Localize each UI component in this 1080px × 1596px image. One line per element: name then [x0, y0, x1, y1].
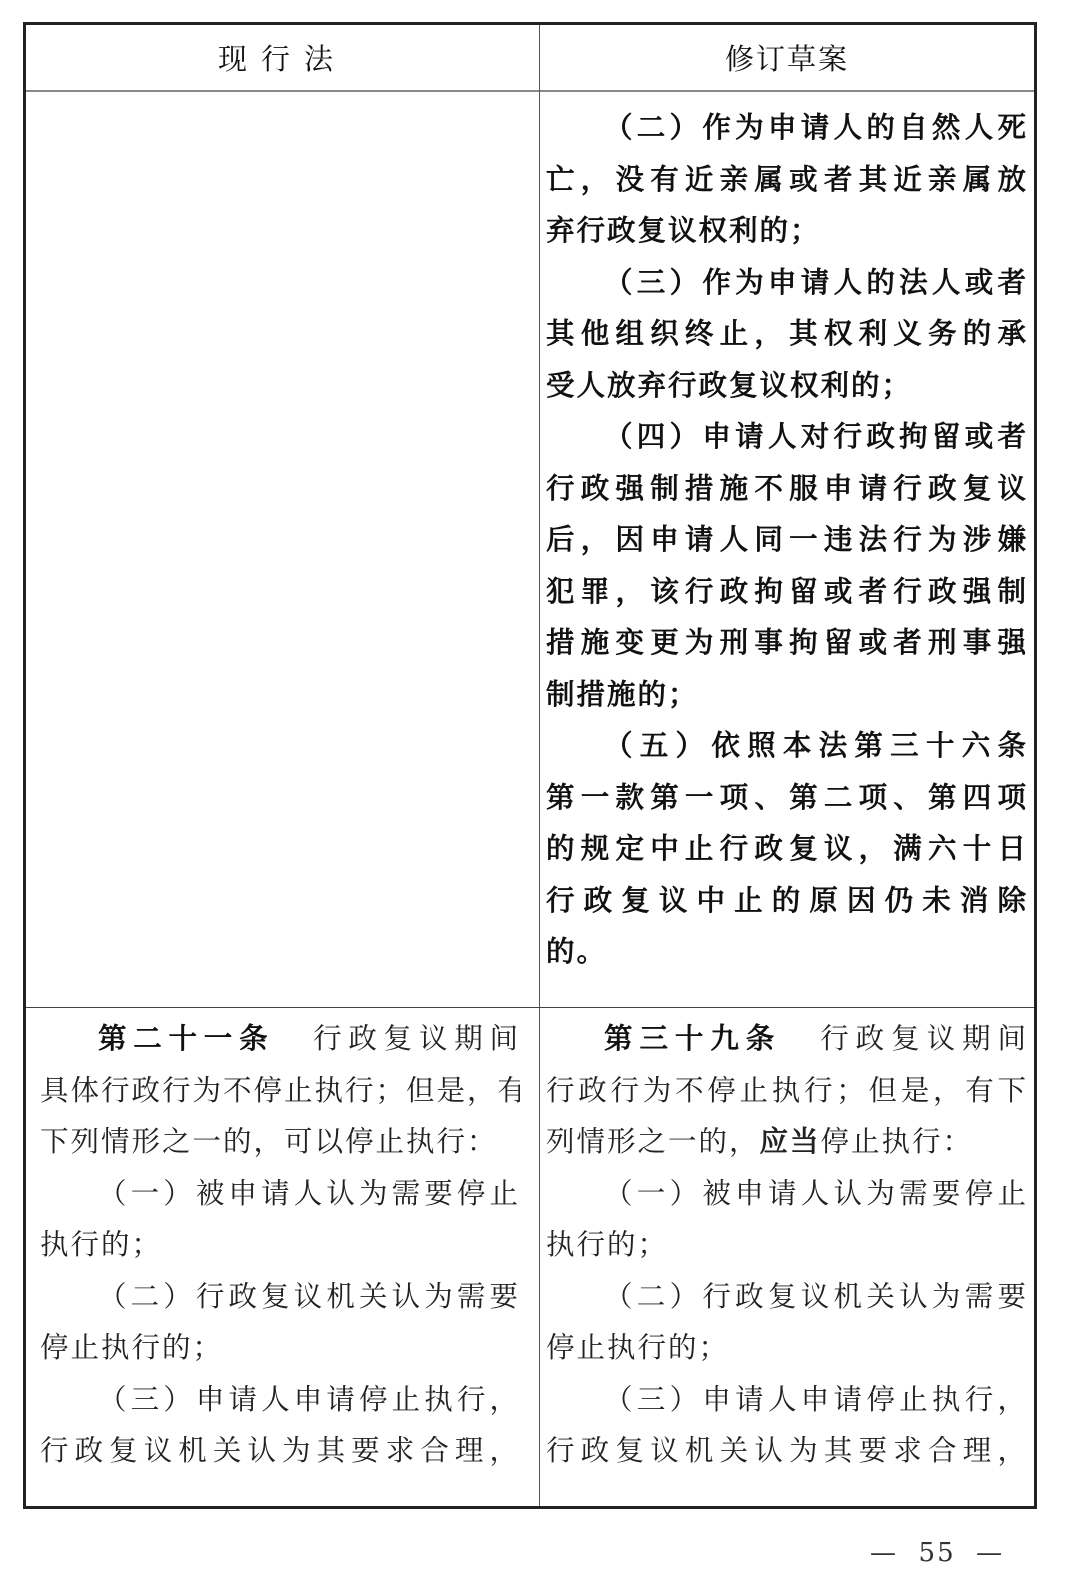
text-line: 停止执行的；	[40, 1322, 520, 1374]
text-line: （五）依照本法第三十六条	[546, 720, 1028, 772]
article-body: 具体行政行为不停止执行；但是，有下列情形之一的，可以停止执行：（一）被申请人认为…	[40, 1065, 520, 1477]
text-line: 具体行政行为不停止执行；但是，有	[40, 1065, 520, 1117]
text-line: 其他组织终止，其权利义务的承	[546, 308, 1028, 360]
article-intro: 行政复议期间	[308, 1022, 520, 1055]
text-line: 停止执行的；	[546, 1322, 1028, 1374]
text-segment: 列情形之一的，	[546, 1125, 760, 1158]
text-line: （一）被申请人认为需要停止	[40, 1168, 520, 1220]
text-line: 执行的；	[546, 1219, 1028, 1271]
text-line: 的。	[546, 926, 1028, 978]
text-line: 犯罪，该行政拘留或者行政强制	[546, 566, 1028, 618]
text-line: 执行的；	[40, 1219, 520, 1271]
header-current-law: 现行法	[26, 25, 539, 90]
text-line: 行政强制措施不服申请行政复议	[546, 463, 1028, 515]
text-line: 第一款第一项、第二项、第四项	[546, 772, 1028, 824]
article-title: 第二十一条	[98, 1022, 274, 1055]
article-line: 行政行为不停止执行；但是，有下	[546, 1065, 1028, 1117]
text-line: 后，因申请人同一违法行为涉嫌	[546, 514, 1028, 566]
text-line: 的规定中止行政复议，满六十日	[546, 823, 1028, 875]
table-header-row: 现行法 修订草案	[26, 25, 1034, 92]
text-segment: 停止执行：	[821, 1125, 974, 1158]
text-line: 行政复议机关认为其要求合理，	[546, 1425, 1028, 1477]
header-revised-draft: 修订草案	[540, 25, 1034, 90]
article-title: 第三十九条	[604, 1022, 781, 1055]
text-line: 弃行政复议权利的；	[546, 205, 1028, 257]
row1-current-law-cell	[26, 92, 539, 1007]
row2-current-law-cell: 第二十一条行政复议期间 具体行政行为不停止执行；但是，有下列情形之一的，可以停止…	[40, 1013, 520, 1477]
text-line: （二）作为申请人的自然人死	[546, 102, 1028, 154]
row2-revised-draft-cell: 第三十九条行政复议期间 行政行为不停止执行；但是，有下 列情形之一的，应当停止执…	[546, 1013, 1028, 1477]
comparison-table: 现行法 修订草案 （二）作为申请人的自然人死亡，没有近亲属或者其近亲属放弃行政复…	[23, 22, 1037, 1509]
article-line-with-emphasis: 列情形之一的，应当停止执行：	[546, 1116, 1028, 1168]
text-line: （一）被申请人认为需要停止	[546, 1168, 1028, 1220]
article-heading-line: 第三十九条行政复议期间	[546, 1013, 1028, 1065]
column-divider	[539, 25, 540, 1506]
text-line: （二）行政复议机关认为需要	[40, 1271, 520, 1323]
text-line: （三）作为申请人的法人或者	[546, 257, 1028, 309]
text-line: 措施变更为刑事拘留或者刑事强	[546, 617, 1028, 669]
article-heading-line: 第二十一条行政复议期间	[40, 1013, 520, 1065]
text-line: （三）申请人申请停止执行，	[546, 1374, 1028, 1426]
text-line: 亡，没有近亲属或者其近亲属放	[546, 154, 1028, 206]
page-number: — 55 —	[870, 1538, 1004, 1568]
text-line: （三）申请人申请停止执行，	[40, 1374, 520, 1426]
row-divider	[26, 1007, 1034, 1008]
text-line: 行政复议机关认为其要求合理，	[40, 1425, 520, 1477]
text-line: 行政复议中止的原因仍未消除	[546, 875, 1028, 927]
row1-revised-draft-cell: （二）作为申请人的自然人死亡，没有近亲属或者其近亲属放弃行政复议权利的；（三）作…	[546, 102, 1028, 978]
text-line: （二）行政复议机关认为需要	[546, 1271, 1028, 1323]
text-line: 下列情形之一的，可以停止执行：	[40, 1116, 520, 1168]
emphasized-change: 应当	[760, 1125, 821, 1158]
text-line: （四）申请人对行政拘留或者	[546, 411, 1028, 463]
text-line: 受人放弃行政复议权利的；	[546, 360, 1028, 412]
article-body: （一）被申请人认为需要停止执行的；（二）行政复议机关认为需要停止执行的；（三）申…	[546, 1168, 1028, 1477]
article-intro: 行政复议期间	[815, 1022, 1028, 1055]
text-line: 制措施的；	[546, 669, 1028, 721]
